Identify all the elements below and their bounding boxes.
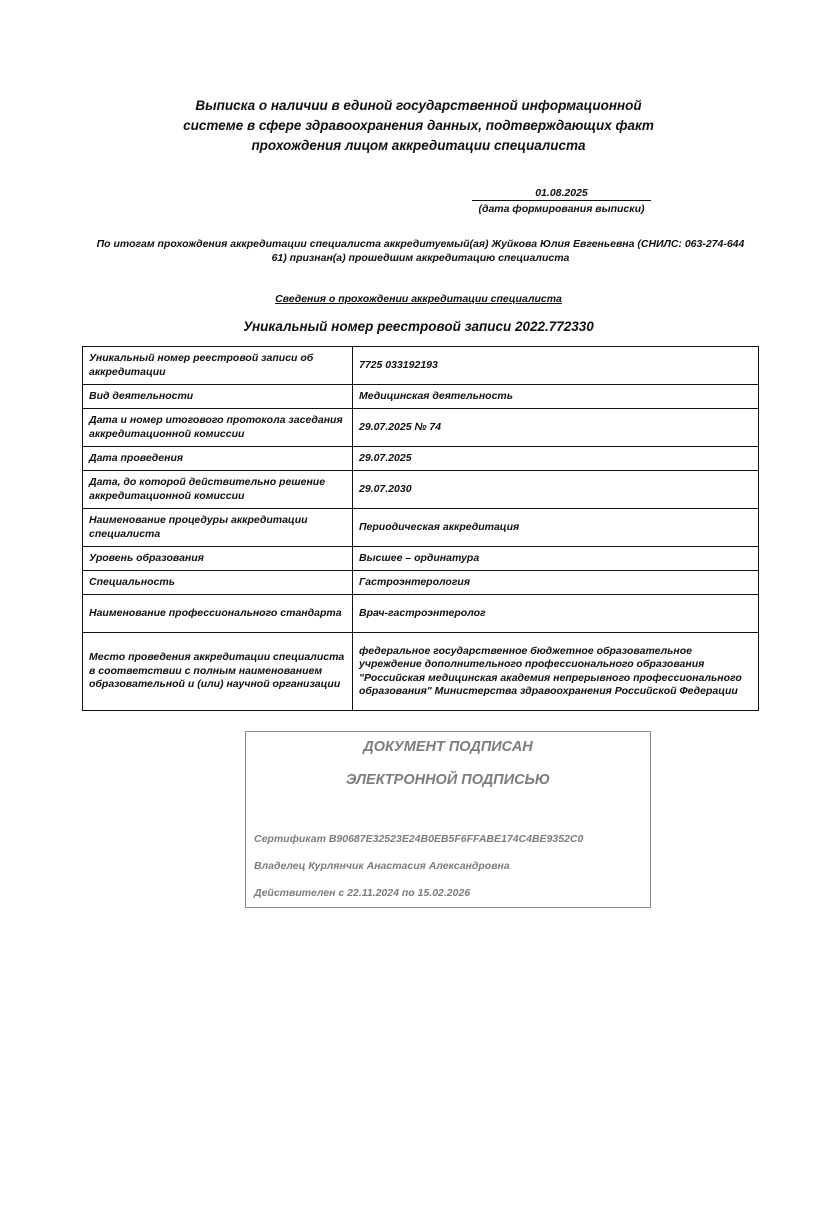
document-title-line-3: прохождения лицом аккредитации специалис… [0, 136, 837, 156]
accreditation-details-table: Уникальный номер реестровой записи об ак… [82, 346, 759, 711]
row-value: 29.07.2030 [353, 471, 759, 509]
row-value: Медицинская деятельность [353, 385, 759, 409]
document-title-line-2: системе в сфере здравоохранения данных, … [0, 116, 837, 136]
row-value: Гастроэнтерология [353, 571, 759, 595]
stamp-validity: Действителен с 22.11.2024 по 15.02.2026 [254, 887, 470, 899]
row-label: Дата и номер итогового протокола заседан… [83, 409, 353, 447]
registry-number-heading: Уникальный номер реестровой записи 2022.… [0, 319, 837, 334]
issue-date-block: 01.08.2025 (дата формирования выписки) [472, 186, 651, 217]
table-row: Место проведения аккредитации специалист… [83, 633, 759, 711]
table-row: Вид деятельности Медицинская деятельност… [83, 385, 759, 409]
row-value: 7725 033192193 [353, 347, 759, 385]
row-label: Наименование процедуры аккредитации спец… [83, 509, 353, 547]
stamp-certificate: Сертификат B90687E32523E24B0EB5F6FFABE17… [254, 833, 583, 845]
table-row: Уникальный номер реестровой записи об ак… [83, 347, 759, 385]
row-value: Периодическая аккредитация [353, 509, 759, 547]
row-value: Высшее – ординатура [353, 547, 759, 571]
row-label: Место проведения аккредитации специалист… [83, 633, 353, 711]
row-value: 29.07.2025 № 74 [353, 409, 759, 447]
table-row: Наименование процедуры аккредитации спец… [83, 509, 759, 547]
table-row: Дата проведения 29.07.2025 [83, 447, 759, 471]
electronic-signature-stamp: ДОКУМЕНТ ПОДПИСАН ЭЛЕКТРОННОЙ ПОДПИСЬЮ С… [245, 731, 651, 908]
row-label: Уровень образования [83, 547, 353, 571]
accreditation-statement: По итогам прохождения аккредитации специ… [88, 238, 753, 265]
document-title-line-1: Выписка о наличии в единой государственн… [0, 96, 837, 116]
row-value: федеральное государственное бюджетное об… [353, 633, 759, 711]
row-label: Дата проведения [83, 447, 353, 471]
table-row: Дата и номер итогового протокола заседан… [83, 409, 759, 447]
document-title: Выписка о наличии в единой государственн… [0, 96, 837, 156]
row-label: Дата, до которой действительно решение а… [83, 471, 353, 509]
row-label: Наименование профессионального стандарта [83, 595, 353, 633]
section-heading: Сведения о прохождении аккредитации спец… [0, 293, 837, 305]
issue-date: 01.08.2025 [472, 186, 651, 201]
stamp-owner: Владелец Курлянчик Анастасия Александров… [254, 860, 510, 872]
row-label: Вид деятельности [83, 385, 353, 409]
table-row: Специальность Гастроэнтерология [83, 571, 759, 595]
table-row: Уровень образования Высшее – ординатура [83, 547, 759, 571]
row-value: 29.07.2025 [353, 447, 759, 471]
table-row: Наименование профессионального стандарта… [83, 595, 759, 633]
stamp-title-line-2: ЭЛЕКТРОННОЙ ПОДПИСЬЮ [246, 772, 650, 788]
issue-date-caption: (дата формирования выписки) [472, 201, 651, 217]
row-label: Уникальный номер реестровой записи об ак… [83, 347, 353, 385]
table-row: Дата, до которой действительно решение а… [83, 471, 759, 509]
row-value: Врач-гастроэнтеролог [353, 595, 759, 633]
row-label: Специальность [83, 571, 353, 595]
stamp-title-line-1: ДОКУМЕНТ ПОДПИСАН [246, 739, 650, 755]
